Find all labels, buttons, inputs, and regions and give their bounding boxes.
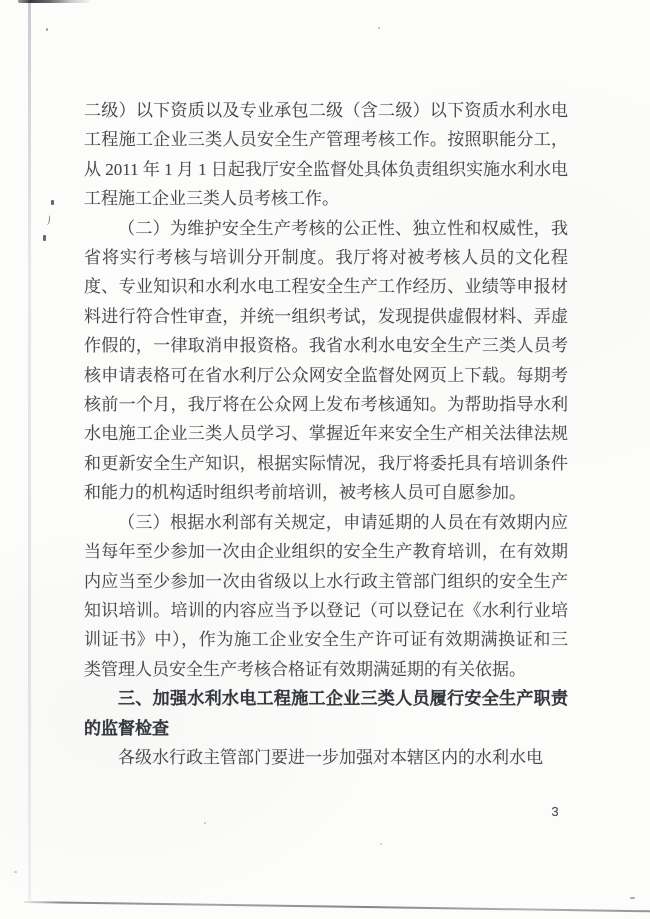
paragraph-item-two: （二）为维护安全生产考核的公正性、独立性和权威性，我省将实行考核与培训分开制度。… bbox=[84, 214, 568, 508]
paragraph-item-three: （三）根据水利部有关规定，申请延期的人员在有效期内应当每年至少参加一次由企业组织… bbox=[84, 508, 568, 684]
paragraph-closing: 各级水行政主管部门要进一步加强对本辖区内的水利水电 bbox=[84, 743, 568, 772]
document-body: 二级）以下资质以及专业承包二级（含二级）以下资质水利水电工程施工企业三类人员安全… bbox=[84, 96, 568, 772]
paragraph-continuation: 二级）以下资质以及专业承包二级（含二级）以下资质水利水电工程施工企业三类人员安全… bbox=[84, 96, 568, 214]
ink-speck bbox=[204, 822, 206, 824]
section-heading: 三、加强水利水电工程施工企业三类人员履行安全生产职责的监督检查 bbox=[84, 684, 568, 743]
ink-speck bbox=[46, 28, 48, 31]
scanned-document-page: 二级）以下资质以及专业承包二级（含二级）以下资质水利水电工程施工企业三类人员安全… bbox=[0, 0, 650, 919]
ink-speck bbox=[43, 235, 46, 241]
ink-speck bbox=[44, 215, 50, 226]
ink-speck bbox=[378, 27, 380, 29]
bottom-scan-line-artifact bbox=[24, 901, 650, 912]
page-number: 3 bbox=[545, 804, 565, 819]
top-edge-smudge-artifact bbox=[18, 0, 90, 3]
ink-speck bbox=[630, 897, 635, 899]
ink-speck bbox=[14, 871, 17, 873]
ink-speck bbox=[380, 843, 382, 845]
ink-speck bbox=[51, 200, 54, 205]
left-crease-artifact bbox=[28, 0, 31, 901]
